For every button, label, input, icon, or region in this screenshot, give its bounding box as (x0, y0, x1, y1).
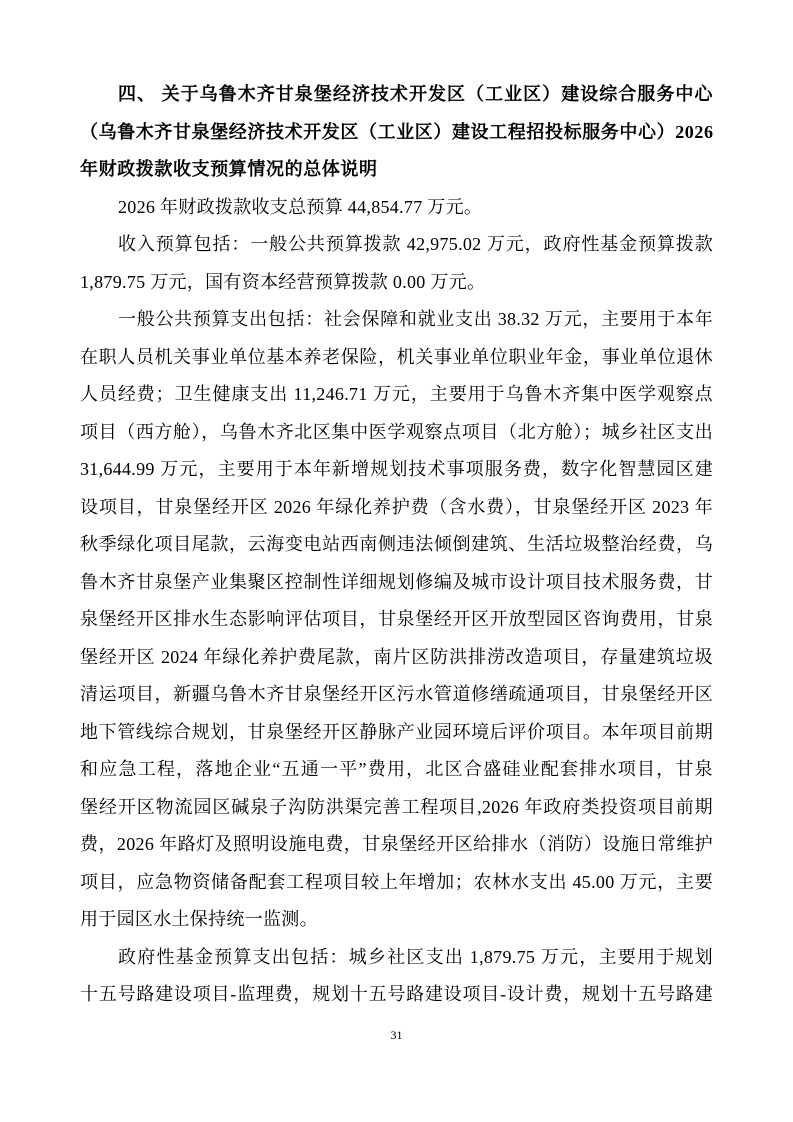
text-line: 清运项目，新疆乌鲁木齐甘泉堡经开区污水管道修缮疏通项目，甘泉堡经开区 (80, 676, 713, 714)
text-line: 设项目，甘泉堡经开区 2026 年绿化养护费（含水费），甘泉堡经开区 2023 … (80, 489, 713, 527)
title-line-2: （乌鲁木齐甘泉堡经济技术开发区（工业区）建设工程招投标服务中心）2026 (80, 114, 713, 152)
text-line: 用于园区水土保持统一监测。 (80, 901, 713, 939)
text-line: 2026 年财政拨款收支总预算 44,854.77 万元。 (80, 189, 713, 227)
text-line: 项目，应急物资储备配套工程项目较上年增加；农林水支出 45.00 万元，主要 (80, 864, 713, 902)
text-line: 一般公共预算支出包括：社会保障和就业支出 38.32 万元，主要用于本年 (80, 301, 713, 339)
document-page: 四、 关于乌鲁木齐甘泉堡经济技术开发区（工业区）建设综合服务中心 （乌鲁木齐甘泉… (0, 0, 793, 1122)
text-line: 政府性基金预算支出包括：城乡社区支出 1,879.75 万元，主要用于规划 (80, 939, 713, 977)
text-line: 地下管线综合规划，甘泉堡经开区静脉产业园环境后评价项目。本年项目前期 (80, 714, 713, 752)
page-number: 31 (391, 1028, 403, 1042)
text-line: 在职人员机关事业单位基本养老保险，机关事业单位职业年金，事业单位退休 (80, 339, 713, 377)
text-line: 鲁木齐甘泉堡产业集聚区控制性详细规划修编及城市设计项目技术服务费，甘 (80, 564, 713, 602)
document-title: 四、 关于乌鲁木齐甘泉堡经济技术开发区（工业区）建设综合服务中心 （乌鲁木齐甘泉… (80, 76, 713, 189)
text-line: 堡经开区物流园区碱泉子沟防洪渠完善工程项目,2026 年政府类投资项目前期 (80, 789, 713, 827)
text-line: 人员经费；卫生健康支出 11,246.71 万元，主要用于乌鲁木齐集中医学观察点 (80, 376, 713, 414)
text-line: 31,644.99 万元，主要用于本年新增规划技术事项服务费，数字化智慧园区建 (80, 451, 713, 489)
title-line-3: 年财政拨款收支预算情况的总体说明 (80, 151, 713, 189)
text-line: 项目（西方舱），乌鲁木齐北区集中医学观察点项目（北方舱）；城乡社区支出 (80, 414, 713, 452)
paragraph-total-budget: 2026 年财政拨款收支总预算 44,854.77 万元。 (80, 189, 713, 227)
paragraph-revenue-budget: 收入预算包括：一般公共预算拨款 42,975.02 万元，政府性基金预算拨款 1… (80, 226, 713, 301)
text-line: 泉堡经开区排水生态影响评估项目，甘泉堡经开区开放型园区咨询费用，甘泉 (80, 601, 713, 639)
text-line: 费，2026 年路灯及照明设施电费，甘泉堡经开区给排水（消防）设施日常维护 (80, 826, 713, 864)
page-footer: 31 (0, 1026, 793, 1044)
text-line: 秋季绿化项目尾款，云海变电站西南侧违法倾倒建筑、生活垃圾整治经费，乌 (80, 526, 713, 564)
title-line-1: 四、 关于乌鲁木齐甘泉堡经济技术开发区（工业区）建设综合服务中心 (80, 76, 713, 114)
text-line: 堡经开区 2024 年绿化养护费尾款，南片区防洪排涝改造项目，存量建筑垃圾 (80, 639, 713, 677)
paragraph-general-public-expenditure: 一般公共预算支出包括：社会保障和就业支出 38.32 万元，主要用于本年 在职人… (80, 301, 713, 939)
text-line: 1,879.75 万元，国有资本经营预算拨款 0.00 万元。 (80, 264, 713, 302)
text-line: 收入预算包括：一般公共预算拨款 42,975.02 万元，政府性基金预算拨款 (80, 226, 713, 264)
document-content: 四、 关于乌鲁木齐甘泉堡经济技术开发区（工业区）建设综合服务中心 （乌鲁木齐甘泉… (80, 76, 713, 1014)
text-line: 十五号路建设项目-监理费，规划十五号路建设项目-设计费，规划十五号路建 (80, 976, 713, 1014)
text-line: 和应急工程，落地企业“五通一平”费用，北区合盛硅业配套排水项目，甘泉 (80, 751, 713, 789)
paragraph-government-fund-expenditure: 政府性基金预算支出包括：城乡社区支出 1,879.75 万元，主要用于规划 十五… (80, 939, 713, 1014)
